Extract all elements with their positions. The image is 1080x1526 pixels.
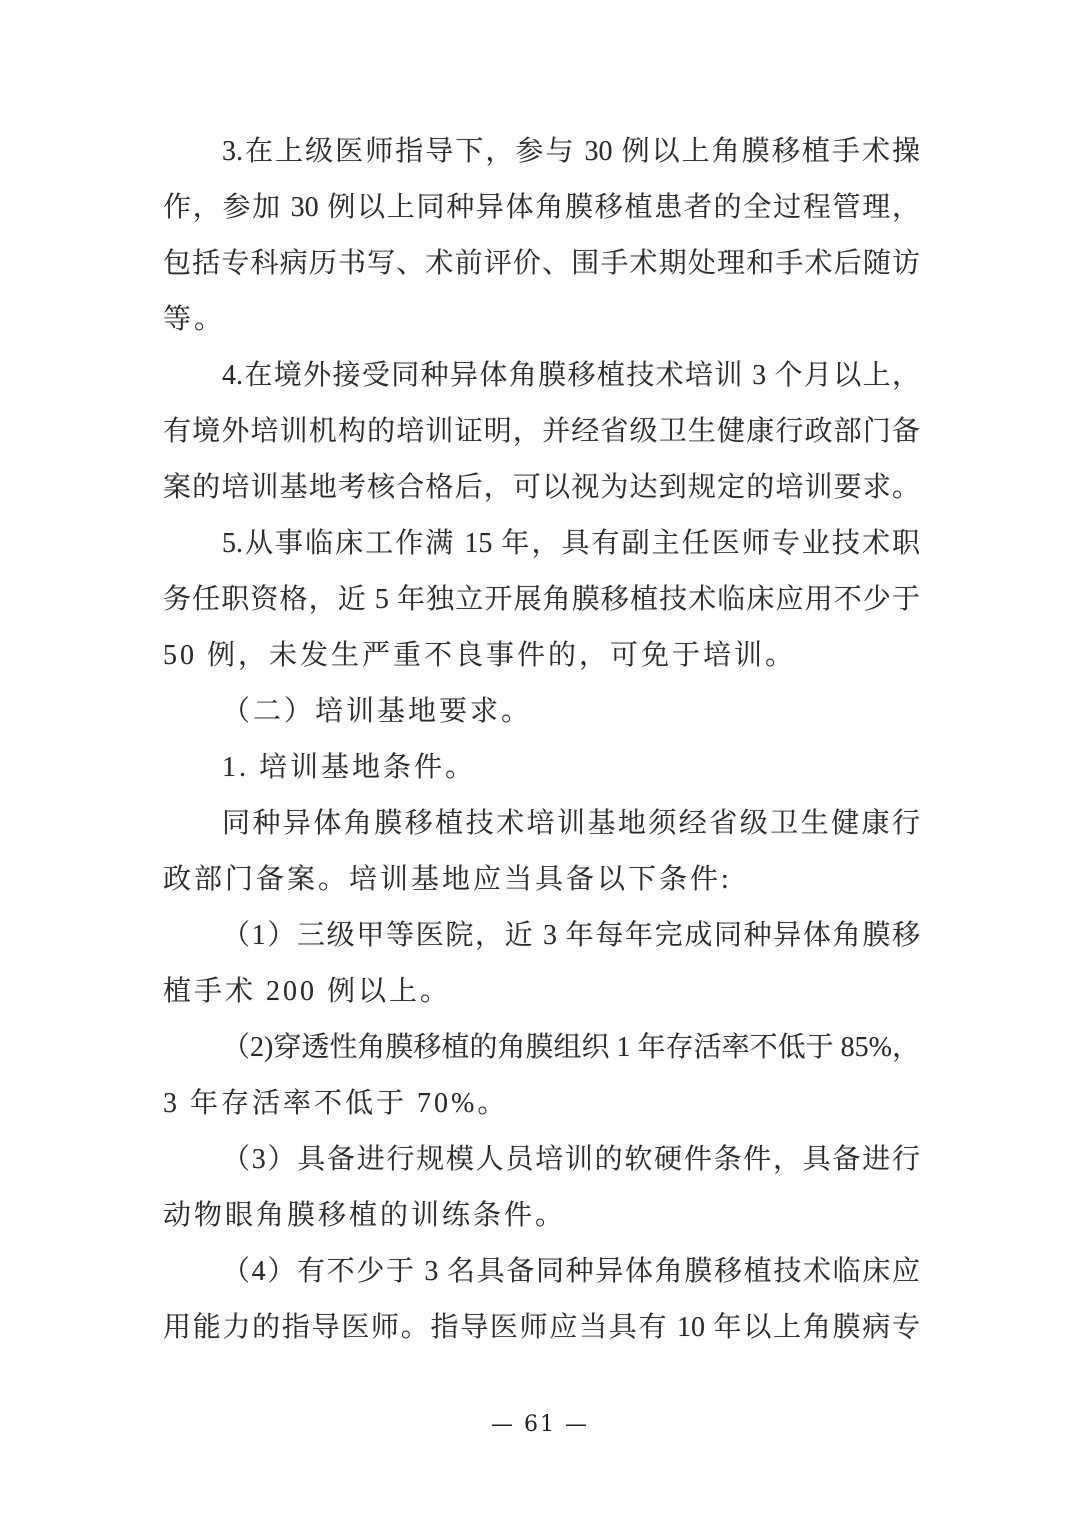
text-line: 3.在上级医师指导下，参与 30 例以上角膜移植手术操 bbox=[163, 124, 920, 180]
text-line: 同种异体角膜移植技术培训基地须经省级卫生健康行 bbox=[163, 796, 920, 852]
text-line: 等。 bbox=[163, 292, 920, 348]
text-line: 作，参加 30 例以上同种异体角膜移植患者的全过程管理， bbox=[163, 180, 920, 236]
text-line: 有境外培训机构的培训证明，并经省级卫生健康行政部门备 bbox=[163, 404, 920, 460]
text-line: （1）三级甲等医院，近 3 年每年完成同种异体角膜移 bbox=[163, 908, 920, 964]
text-line: 植手术 200 例以上。 bbox=[163, 964, 920, 1020]
text-line: （2)穿透性角膜移植的角膜组织 1 年存活率不低于 85%， bbox=[163, 1020, 920, 1076]
text-line: 5.从事临床工作满 15 年，具有副主任医师专业技术职 bbox=[163, 516, 920, 572]
document-lines: 3.在上级医师指导下，参与 30 例以上角膜移植手术操作，参加 30 例以上同种… bbox=[163, 124, 920, 1356]
text-line: （二）培训基地要求。 bbox=[163, 684, 920, 740]
document-page: 3.在上级医师指导下，参与 30 例以上角膜移植手术操作，参加 30 例以上同种… bbox=[0, 0, 1080, 1526]
text-line: 案的培训基地考核合格后，可以视为达到规定的培训要求。 bbox=[163, 460, 920, 516]
text-line: 动物眼角膜移植的训练条件。 bbox=[163, 1188, 920, 1244]
text-line: 50 例，未发生严重不良事件的，可免于培训。 bbox=[163, 628, 920, 684]
text-line: 用能力的指导医师。指导医师应当具有 10 年以上角膜病专 bbox=[163, 1300, 920, 1356]
text-line: 4.在境外接受同种异体角膜移植技术培训 3 个月以上， bbox=[163, 348, 920, 404]
text-line: 1. 培训基地条件。 bbox=[163, 740, 920, 796]
text-line: （4）有不少于 3 名具备同种异体角膜移植技术临床应 bbox=[163, 1244, 920, 1300]
text-line: 包括专科病历书写、术前评价、围手术期处理和手术后随访 bbox=[163, 236, 920, 292]
page-number: — 61 — bbox=[0, 1412, 1080, 1438]
text-line: （3）具备进行规模人员培训的软硬件条件，具备进行 bbox=[163, 1132, 920, 1188]
text-line: 务任职资格，近 5 年独立开展角膜移植技术临床应用不少于 bbox=[163, 572, 920, 628]
text-line: 3 年存活率不低于 70%。 bbox=[163, 1076, 920, 1132]
text-line: 政部门备案。培训基地应当具备以下条件: bbox=[163, 852, 920, 908]
